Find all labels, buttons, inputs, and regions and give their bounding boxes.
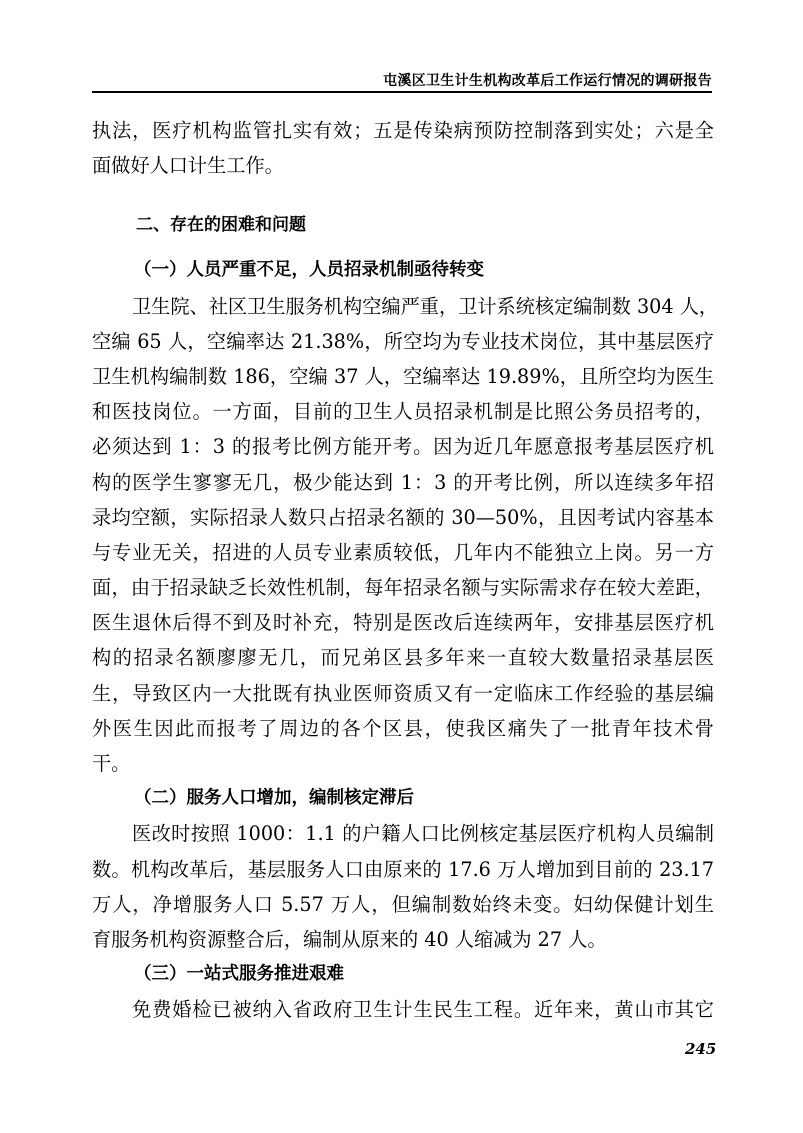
subsection-3-paragraph: 免费婚检已被纳入省政府卫生计生民生工程。近年来，黄山市其它	[92, 992, 714, 1027]
paragraph-line: 面做好人口计生工作。	[92, 148, 714, 183]
paragraph-line: 卫生机构编制数 186，空编 37 人，空编率达 19.89%，且所空均为医生	[92, 359, 714, 394]
page-number: 245	[685, 1040, 716, 1058]
paragraph-line: 干。	[92, 746, 714, 781]
running-header: 屯溪区卫生计生机构改革后工作运行情况的调研报告	[92, 64, 712, 92]
paragraph-line: 医改时按照 1000：1.1 的户籍人口比例核定基层医疗机构人员编制	[92, 816, 714, 851]
subsection-heading-3: （三）一站式服务推进艰难	[92, 957, 714, 992]
paragraph-line: 外医生因此而报考了周边的各个区县，使我区痛失了一批青年技术骨	[92, 711, 714, 746]
subsection-2-paragraph: 医改时按照 1000：1.1 的户籍人口比例核定基层医疗机构人员编制 数。机构改…	[92, 816, 714, 957]
paragraph-line: 数。机构改革后，基层服务人口由原来的 17.6 万人增加到目前的 23.17	[92, 852, 714, 887]
paragraph-line: 执法，医疗机构监管扎实有效；五是传染病预防控制落到实处；六是全	[92, 113, 714, 148]
paragraph-line: 万人，净增服务人口 5.57 万人，但编制数始终未变。妇幼保健计划生	[92, 887, 714, 922]
running-header-title: 屯溪区卫生计生机构改革后工作运行情况的调研报告	[383, 70, 712, 90]
paragraph-line: 与专业无关，招进的人员专业素质较低，几年内不能独立上岗。另一方	[92, 535, 714, 570]
paragraph-line: 空编 65 人，空编率达 21.38%，所空均为专业技术岗位，其中基层医疗	[92, 324, 714, 359]
paragraph-line: 育服务机构资源整合后，编制从原来的 40 人缩减为 27 人。	[92, 922, 714, 957]
paragraph-line: 必须达到 1：3 的报考比例方能开考。因为近几年愿意报考基层医疗机	[92, 429, 714, 464]
paragraph-line: 构的招录名额廖廖无几，而兄弟区县多年来一直较大数量招录基层医	[92, 640, 714, 675]
paragraph-line: 卫生院、社区卫生服务机构空编严重，卫计系统核定编制数 304 人，	[92, 289, 714, 324]
section-heading: 二、存在的困难和问题	[92, 208, 714, 243]
subsection-1-paragraph: 卫生院、社区卫生服务机构空编严重，卫计系统核定编制数 304 人， 空编 65 …	[92, 289, 714, 782]
paragraph-line: 免费婚检已被纳入省政府卫生计生民生工程。近年来，黄山市其它	[92, 992, 714, 1027]
page-body: 执法，医疗机构监管扎实有效；五是传染病预防控制落到实处；六是全 面做好人口计生工…	[92, 113, 714, 1028]
paragraph-line: 面，由于招录缺乏长效性机制，每年招录名额与实际需求存在较大差距，	[92, 570, 714, 605]
paragraph-line: 构的医学生寥寥无几，极少能达到 1：3 的开考比例，所以连续多年招	[92, 465, 714, 500]
subsection-heading-1: （一）人员严重不足，人员招录机制亟待转变	[92, 253, 714, 288]
subsection-heading-2: （二）服务人口增加，编制核定滞后	[92, 781, 714, 816]
paragraph-line: 和医技岗位。一方面，目前的卫生人员招录机制是比照公务员招考的，	[92, 394, 714, 429]
header-rule	[92, 91, 712, 93]
paragraph-line: 录均空额，实际招录人数只占招录名额的 30—50%，且因考试内容基本	[92, 500, 714, 535]
paragraph-line: 生，导致区内一大批既有执业医师资质又有一定临床工作经验的基层编	[92, 676, 714, 711]
paragraph-line: 医生退休后得不到及时补充，特别是医改后连续两年，安排基层医疗机	[92, 605, 714, 640]
